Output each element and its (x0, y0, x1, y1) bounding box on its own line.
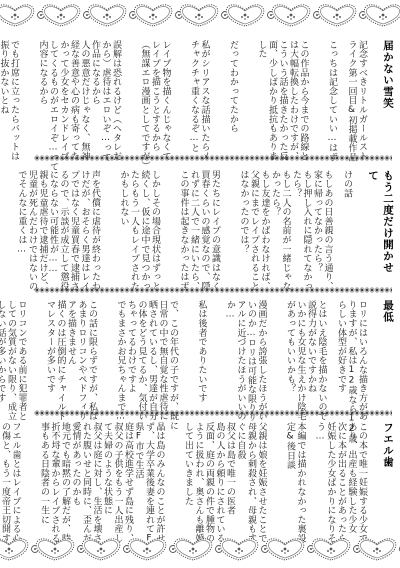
paragraph: 晶は島のみんなのことが許せ ず、大学卒業後妻を連れてF 県F市で生活 庭は高校進… (39, 422, 165, 544)
section-columns: フエル歯 この本で唯一妊娠する少女で あり、出産も経験した少女 次に本が出ること… (0, 422, 396, 534)
paragraph: だってわかってたから (228, 40, 239, 133)
paragraph: もしあの日善親の言う通り、 家に帰ってなかったら？ もし押し入れに隠れてなかっ … (238, 170, 333, 291)
paragraph: こっちは記念していい…はず (327, 40, 338, 162)
section-columns: もう二度だけ開かせて けの話 もしあの日善親の言う通り、 家に帰ってなかったら？… (0, 170, 396, 282)
paragraph: 声を代償に虐待が終わったわ けだが、おそらく男達はレイ プではなく児童買春で逮捕… (16, 170, 100, 291)
section-columns: 届かない雪笑 記念すべきリトルガールスト ライク第一回目&初掲載作品 こっちは記… (0, 40, 396, 150)
paragraph: 誤解は恐れるけど（ヘタレだ から）虐待はエロいぞ…って 作品になるから 人の悪意… (37, 40, 121, 171)
paragraph: ロリコンである前に犯罪者と しての気質がない限り、成立 しない話が多いからです (0, 300, 27, 421)
paragraph: けの話 (342, 170, 353, 198)
section-title: フエル歯 (381, 422, 396, 468)
paragraph: 私は後者でありたいです (196, 300, 207, 402)
section-todokanai: 届かない雪笑 記念すべきリトルガールスト ライク第一回目&初掲載作品 こっちは記… (24, 40, 396, 150)
braided-chain-divider-icon (34, 410, 392, 416)
paragraph: フエル歯とはレイプによる心 の傷と、もう一度帝王切開す ることになったことから (0, 422, 21, 543)
paragraph: この作品から今までの路線と は大幅転換したわけですが、 こういう話を描きたかった… (256, 40, 309, 161)
section-columns: 最低 ロリにはいろんな描き方があ りますが、私は12歳なら12歳 らしい体型が好… (0, 300, 396, 408)
paragraph: この話に限らずですが、私は あまりロリコンやペドフィリ アを描きません 描くのは… (45, 300, 98, 421)
paragraph: 父親は娘を妊娠させたことで 母親から刺殺され、母親もす ぐに自殺 叔父は島で唯一… (183, 422, 267, 543)
lace-heart-border-bottom (0, 536, 400, 566)
paragraph: 私がシリアスな話描いたらメ チャクチャ重くなるぞ…と (189, 40, 210, 161)
paragraph: 本編では描かれなかった裏設 定&後日談 (285, 422, 306, 543)
paragraph: 男たちにレイプの意識はなく 買春くらいの感覚なので、隠 れずに二人で一緒にいたら… (178, 170, 220, 291)
paragraph: この本で唯一妊娠する少女で あり、出産も経験した少女 次に本が出ることがあったら… (315, 422, 368, 543)
lace-heart-border-top (0, 2, 400, 32)
paragraph: とはいえ陰毛を描かないので 説得力がないですかね いかにも女児な生えかけ陰毛 が… (285, 300, 327, 421)
paragraph: しかしその場合現状はずっと 続くし、仮に途中で見つかっ たらもう一人もレイプされ… (118, 170, 160, 291)
section-title: もう二度だけ開かせて (366, 170, 396, 282)
section-title: 最低 (381, 300, 396, 323)
section-saitei: 最低 ロリにはいろんな描き方があ りますが、私は12歳なら12歳 らしい体型が好… (24, 300, 396, 408)
paragraph: 記念すべきリトルガールスト ライク第一回目&初掲載作品 (346, 40, 367, 162)
section-fueru-ha: フエル歯 この本で唯一妊娠する少女で あり、出産も経験した少女 次に本が出ること… (24, 422, 396, 534)
section-mou-nido: もう二度だけ開かせて けの話 もしあの日善親の言う通り、 家に帰ってなかったら？… (24, 170, 396, 282)
lace-heart-border-icon (0, 2, 400, 32)
braided-chain-divider-icon (34, 287, 392, 293)
lace-heart-border-icon (0, 536, 400, 566)
braided-chain-divider-icon (34, 155, 392, 161)
section-title: 届かない雪笑 (381, 40, 396, 109)
paragraph: でも打席に立ったらバットは 振り抜かないとね (0, 40, 19, 161)
paragraph: レイプ物を描くんじゃなくて レイプを描こうとするから （無謀エロ漫画としてですが… (139, 40, 171, 170)
paragraph: 漫画だから誇張したほうがい いのか…ロリは可能な限りリ アルに近づけたほうがいい… (225, 300, 267, 422)
